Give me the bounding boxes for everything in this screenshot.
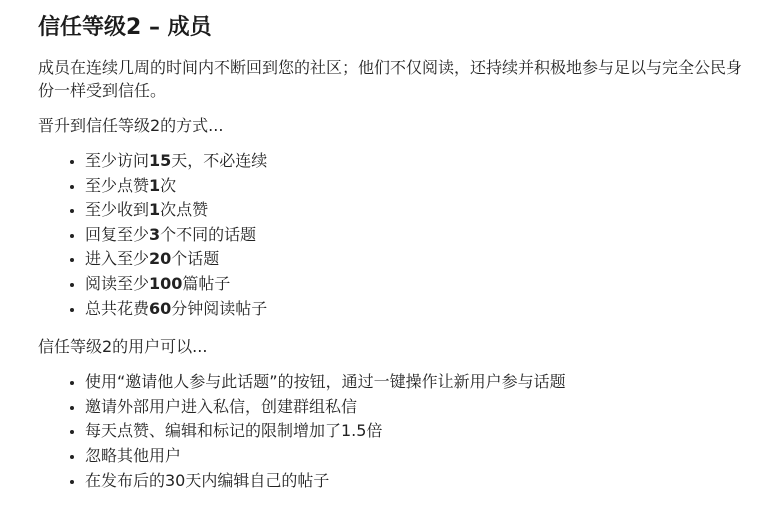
- requirement-text: 次点赞: [160, 200, 208, 219]
- requirement-value: 15: [149, 151, 171, 170]
- requirement-item: 进入至少20个话题: [85, 247, 748, 272]
- requirement-item: 至少点赞1次: [85, 174, 748, 199]
- ability-item: 邀请外部用户进入私信，创建群组私信: [85, 395, 748, 420]
- requirements-list: 至少访问15天，不必连续 至少点赞1次 至少收到1次点赞 回复至少3个不同的话题…: [38, 149, 748, 321]
- requirement-text: 个不同的话题: [160, 225, 256, 244]
- requirement-text: 天，不必连续: [171, 151, 267, 170]
- requirement-value: 1: [149, 200, 160, 219]
- requirement-text: 至少点赞: [85, 176, 149, 195]
- requirement-text: 至少访问: [85, 151, 149, 170]
- page-title: 信任等级2 – 成员: [38, 14, 748, 42]
- requirement-item: 回复至少3个不同的话题: [85, 223, 748, 248]
- requirement-value: 60: [149, 299, 171, 318]
- ability-item: 使用“邀请他人参与此话题”的按钮，通过一键操作让新用户参与话题: [85, 370, 748, 395]
- intro-paragraph: 成员在连续几周的时间内不断回到您的社区；他们不仅阅读，还持续并积极地参与足以与完…: [38, 56, 748, 102]
- ability-item: 每天点赞、编辑和标记的限制增加了1.5倍: [85, 419, 748, 444]
- requirement-text: 阅读至少: [85, 274, 149, 293]
- document-content: 信任等级2 – 成员 成员在连续几周的时间内不断回到您的社区；他们不仅阅读，还持…: [38, 14, 748, 493]
- requirement-text: 回复至少: [85, 225, 149, 244]
- abilities-heading: 信任等级2的用户可以...: [38, 335, 748, 358]
- requirement-text: 分钟阅读帖子: [171, 299, 267, 318]
- requirement-item: 阅读至少100篇帖子: [85, 272, 748, 297]
- requirement-text: 至少收到: [85, 200, 149, 219]
- requirement-text: 次: [160, 176, 176, 195]
- requirement-text: 总共花费: [85, 299, 149, 318]
- requirement-value: 3: [149, 225, 160, 244]
- requirements-heading: 晋升到信任等级2的方式...: [38, 114, 748, 137]
- requirement-value: 1: [149, 176, 160, 195]
- ability-item: 忽略其他用户: [85, 444, 748, 469]
- document-page: 信任等级2 – 成员 成员在连续几周的时间内不断回到您的社区；他们不仅阅读，还持…: [0, 0, 766, 493]
- requirement-value: 100: [149, 274, 182, 293]
- requirement-text: 篇帖子: [182, 274, 230, 293]
- requirement-item: 至少收到1次点赞: [85, 198, 748, 223]
- requirement-value: 20: [149, 249, 171, 268]
- requirement-text: 个话题: [171, 249, 219, 268]
- requirement-item: 至少访问15天，不必连续: [85, 149, 748, 174]
- ability-item: 在发布后的30天内编辑自己的帖子: [85, 469, 748, 494]
- requirement-text: 进入至少: [85, 249, 149, 268]
- requirement-item: 总共花费60分钟阅读帖子: [85, 297, 748, 322]
- abilities-list: 使用“邀请他人参与此话题”的按钮，通过一键操作让新用户参与话题 邀请外部用户进入…: [38, 370, 748, 493]
